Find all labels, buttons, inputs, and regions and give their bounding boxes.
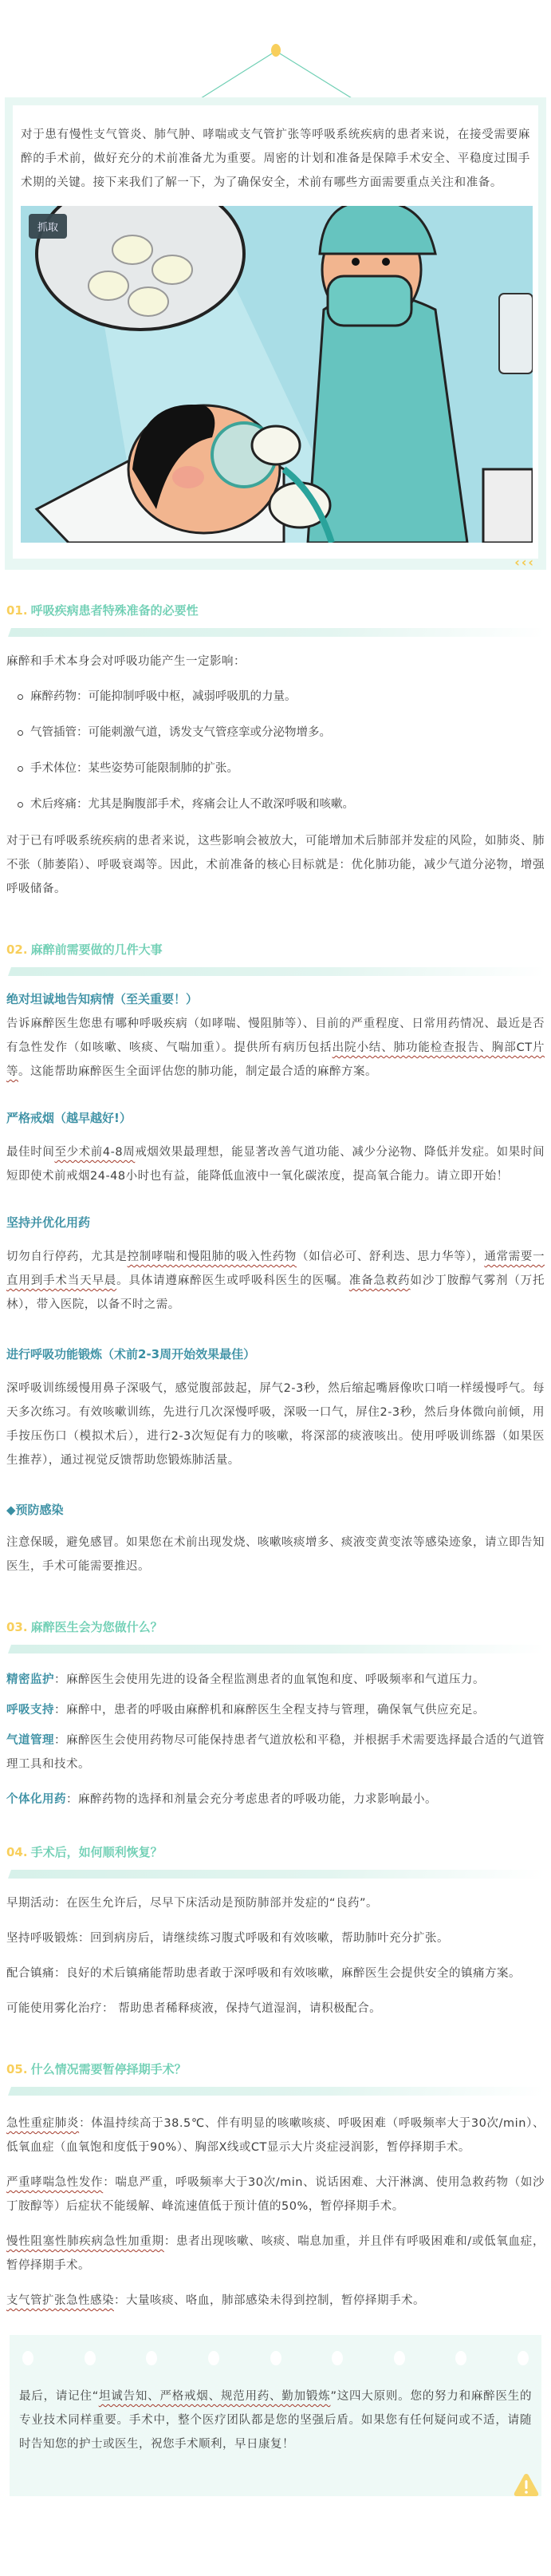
anesthesia-item: 呼吸支持：麻醉中，患者的呼吸由麻醉机和麻醉医生全程支持与管理，确保氧气供应充足。: [6, 1698, 545, 1722]
chevrons-icon: ‹‹‹: [514, 555, 535, 570]
pause-condition-item: 急性重症肺炎：体温持续高于38.5℃、伴有明显的咳嗽咳痰、呼吸困难（呼吸频率大于…: [6, 2112, 545, 2159]
closing-text: 最后，请记住“坦诚告知、严格戒烟、规范用药、勤加锻炼”这四大原则。您的努力和麻醉…: [19, 2384, 532, 2456]
article-page: 对于患有慢性支气管炎、肺气肿、哮喘或支气管扩张等呼吸系统疾病的患者来说，在接受需…: [0, 0, 551, 2544]
highlight-underline: 准备急救药: [349, 1274, 411, 1287]
recovery-item: 配合镇痛：良好的术后镇痛能帮助患者敢于深呼吸和有效咳嗽，麻醉医生会提供安全的镇痛…: [6, 1962, 545, 1985]
intro-text: 对于患有慢性支气管炎、肺气肿、哮喘或支气管扩张等呼吸系统疾病的患者来说，在接受需…: [21, 123, 530, 195]
section-01-list: 麻醉药物：可能抑制呼吸中枢，减弱呼吸肌的力量。 气管插管：可能刺激气道，诱发支气…: [6, 685, 545, 816]
section-01-closing: 对于已有呼吸系统疾病的患者来说，这些影响会被放大，可能增加术后肺部并发症的风险，…: [6, 829, 545, 901]
paragraph-prevent-infection: 注意保暖，避免感冒。如果您在术前出现发烧、咳嗽咳痰增多、痰液变黄变浓等感染迹象，…: [6, 1531, 545, 1578]
section-01-header: 01.呼吸疾病患者特殊准备的必要性: [6, 602, 545, 637]
paragraph-medication: 切勿自行停药，尤其是控制哮喘和慢阻肺的吸入性药物（如信必可、舒利迭、思力华等），…: [6, 1245, 545, 1317]
section-title: 什么情况需要暂停择期手术？: [31, 2062, 187, 2076]
anesthesia-item: 精密监护：麻醉医生会使用先进的设备全程监测患者的血氧饱和度、呼吸频率和气道压力。: [6, 1668, 545, 1692]
section-number: 05.: [6, 2062, 28, 2076]
recovery-item: 早期活动：在医生允许后，尽早下床活动是预防肺部并发症的“良药”。: [6, 1891, 545, 1915]
highlight-underline: 控制哮喘和慢阻肺的吸入性药物: [128, 1250, 297, 1263]
anesthesia-item: 气道管理：麻醉医生会使用药物尽可能保持患者气道放松和平稳，并根据手术需要选择最合…: [6, 1729, 545, 1776]
section-02-header: 02.麻醉前需要做的几件大事: [6, 941, 545, 976]
pause-condition-item: 严重哮喘急性发作：喘息严重，呼吸频率大于30次/min、说话困难、大汗淋漓、使用…: [6, 2171, 545, 2218]
anesthesia-illustration-icon: [21, 206, 533, 543]
section-number: 01.: [6, 603, 28, 618]
paragraph-disclose: 告诉麻醉医生您患有哪种呼吸疾病（如哮喘、慢阻肺等）、目前的严重程度、日常用药情况…: [6, 1012, 545, 1084]
highlight-underline: 坦诚告知、严格戒烟、规范用药、勤加锻炼: [99, 2390, 331, 2403]
subtitle-prevent-infection: ◆预防感染: [6, 1501, 545, 1518]
section-05-header: 05.什么情况需要暂停择期手术？: [6, 2060, 545, 2096]
article-content: 01.呼吸疾病患者特殊准备的必要性 麻醉和手术本身会对呼吸功能产生一定影响： 麻…: [0, 602, 551, 2544]
warning-icon: [513, 2472, 540, 2501]
highlight-underline: 至少术前4-8周: [54, 1146, 135, 1159]
section-divider: [8, 628, 546, 637]
section-divider: [8, 2087, 546, 2096]
section-title: 麻醉医生会为您做什么？: [31, 1620, 163, 1634]
subtitle-disclose: 绝对坦诚地告知病情（至关重要！）: [6, 990, 545, 1007]
section-03-header: 03.麻醉医生会为您做什么？: [6, 1618, 545, 1653]
section-divider: [8, 967, 546, 976]
paragraph-quit-smoking: 最佳时间至少术前4-8周戒烟效果最理想，能显著改善气道功能、减少分泌物、降低并发…: [6, 1140, 545, 1188]
subtitle-quit-smoking: 严格戒烟（越早越好!）: [6, 1109, 545, 1126]
section-number: 03.: [6, 1620, 28, 1634]
closing-card: 最后，请记住“坦诚告知、严格戒烟、规范用药、勤加锻炼”这四大原则。您的努力和麻醉…: [10, 2335, 541, 2496]
pause-condition-item: 支气管扩张急性感染：大量咳痰、咯血，肺部感染未得到控制，暂停择期手术。: [6, 2289, 545, 2313]
anesthesia-item: 个体化用药：麻醉药物的选择和剂量会充分考虑患者的呼吸功能，力求影响最小。: [6, 1788, 545, 1811]
list-item: 术后疼痛：尤其是胸腹部手术，疼痛会让人不敢深呼吸和咳嗽。: [18, 792, 545, 816]
subtitle-medication: 坚持并优化用药: [6, 1214, 545, 1231]
recovery-item: 可能使用雾化治疗： 帮助患者稀释痰液，保持气道湿润，请积极配合。: [6, 1997, 545, 2021]
intro-card: 对于患有慢性支气管炎、肺气肿、哮喘或支气管扩张等呼吸系统疾病的患者来说，在接受需…: [5, 97, 546, 570]
section-title: 呼吸疾病患者特殊准备的必要性: [31, 603, 199, 618]
section-04-header: 04.手术后，如何顺利恢复？: [6, 1843, 545, 1879]
section-number: 04.: [6, 1845, 28, 1859]
list-item: 麻醉药物：可能抑制呼吸中枢，减弱呼吸肌的力量。: [18, 685, 545, 709]
section-title: 麻醉前需要做的几件大事: [31, 942, 163, 957]
dot-decoration: [19, 2351, 532, 2365]
subtitle-breathing-exercise: 进行呼吸功能锻炼（术前2-3周开始效果最佳）: [6, 1345, 545, 1362]
recovery-item: 坚持呼吸锻炼：回到病房后，请继续练习腹式呼吸和有效咳嗽，帮助肺叶充分扩张。: [6, 1926, 545, 1950]
surgery-illustration: 抓取: [21, 206, 533, 543]
section-divider: [8, 1870, 546, 1879]
list-item: 气管插管：可能刺激气道，诱发支气管痉挛或分泌物增多。: [18, 721, 545, 745]
pause-condition-item: 慢性阻塞性肺疾病急性加重期：患者出现咳嗽、咳痰、喘息加重，并且伴有呼吸困难和/或…: [6, 2230, 545, 2278]
hanger-decoration: [0, 0, 551, 97]
section-number: 02.: [6, 942, 28, 957]
paragraph-breathing-exercise: 深呼吸训练缓慢用鼻子深吸气，感觉腹部鼓起，屏气2-3秒，然后缩起嘴唇像吹口哨一样…: [6, 1377, 545, 1472]
grab-badge[interactable]: 抓取: [29, 214, 67, 239]
list-item: 手术体位：某些姿势可能限制肺的扩张。: [18, 757, 545, 780]
section-divider: [8, 1645, 546, 1653]
section-title: 手术后，如何顺利恢复？: [31, 1845, 163, 1859]
section-01-lead: 麻醉和手术本身会对呼吸功能产生一定影响：: [6, 650, 545, 674]
